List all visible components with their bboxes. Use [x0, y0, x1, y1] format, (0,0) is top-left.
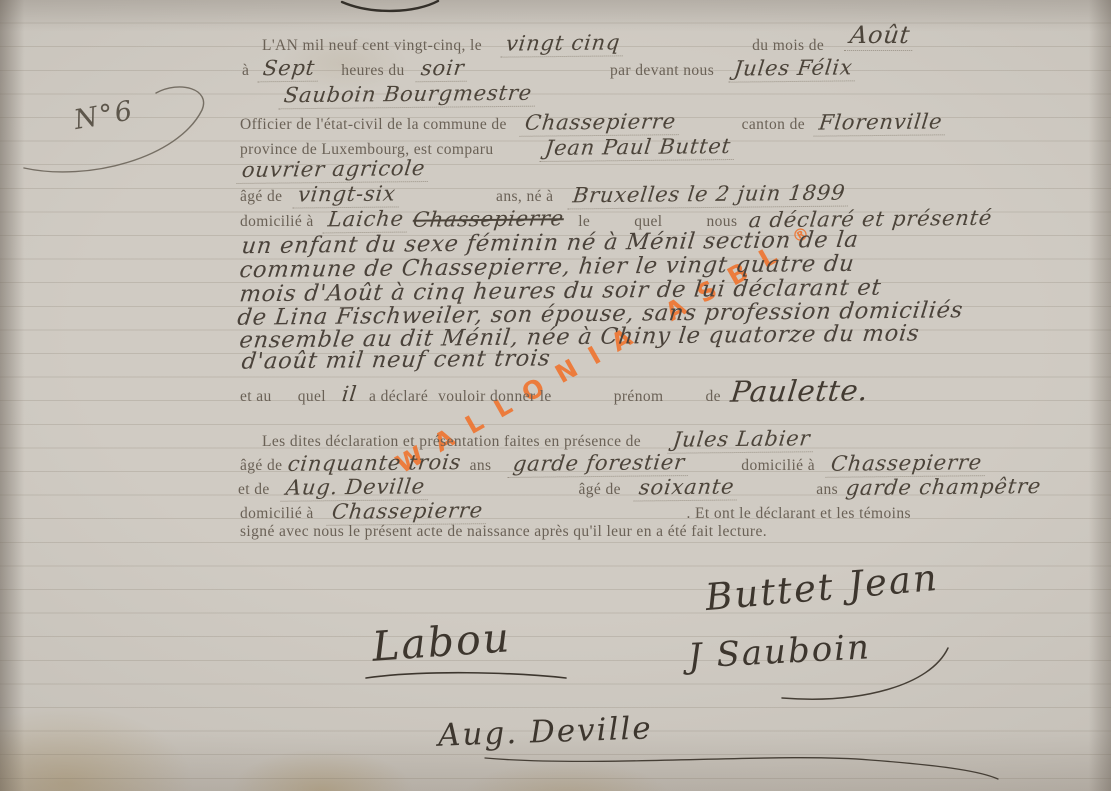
printed-text: prénom	[614, 388, 664, 406]
printed-text: Les dites déclaration et présentation fa…	[262, 433, 641, 451]
printed-text: ans	[470, 457, 492, 475]
form-line: signé avec nous le présent acte de naiss…	[240, 523, 767, 541]
printed-text: vouloir donner le	[438, 388, 552, 406]
form-line: L'AN mil neuf cent vingt-cinq, le vingt …	[262, 28, 914, 58]
printed-text: ans	[816, 481, 838, 499]
printed-text: . Et ont le déclarant et les témoins	[687, 505, 911, 523]
margin-flourish	[18, 78, 213, 176]
printed-text: de	[705, 388, 720, 406]
handwritten-time-of-day: soir	[415, 56, 469, 83]
signature-witness1: Labou	[370, 613, 512, 671]
signature-witness1-underline	[362, 668, 572, 684]
handwritten-witness1-domicile: Chassepierre	[825, 450, 987, 478]
handwritten-witness1-profession: garde forestier	[508, 450, 691, 478]
handwritten-text: il	[341, 382, 359, 406]
handwritten-witness1-age: cinquante trois	[287, 450, 463, 476]
printed-text: domicilié à	[240, 505, 314, 523]
form-line: domicilié à Chassepierre . Et ont le déc…	[240, 499, 911, 525]
handwritten-witness2-age: soixante	[633, 474, 739, 501]
handwritten-canton: Florenville	[813, 109, 947, 136]
form-line: d'août mil neuf cent trois	[242, 347, 550, 373]
signature-witness2-flourish	[450, 748, 1010, 782]
printed-text: quel	[298, 388, 326, 406]
printed-text: Officier de l'état-civil de la commune d…	[240, 116, 507, 134]
handwritten-birthplace-birthdate: Bruxelles le 2 juin 1899	[568, 181, 851, 210]
form-line: Les dites déclaration et présentation fa…	[262, 427, 814, 453]
form-line: âgé de vingt-six ans, né à Bruxelles le …	[240, 182, 849, 208]
handwritten-struck-word: Chassepierre	[412, 206, 566, 232]
form-line: Officier de l'état-civil de la commune d…	[240, 110, 946, 136]
handwritten-day: vingt cinq	[500, 30, 625, 57]
printed-text: à	[242, 62, 249, 80]
handwritten-declarant-age: vingt-six	[293, 181, 402, 208]
form-line: Sauboin Bourgmestre	[280, 82, 536, 108]
handwritten-officer-name-title: Sauboin Bourgmestre	[278, 81, 537, 110]
form-line: à Sept heures du soir par devant nous Ju…	[242, 56, 857, 82]
printed-text: L'AN mil neuf cent vingt-cinq, le	[262, 37, 482, 55]
handwritten-text: d'août mil neuf cent trois	[240, 345, 552, 374]
form-line: et de Aug. Deville âgé de soixante ans g…	[238, 475, 1041, 501]
printed-text: domicilié à	[741, 457, 815, 475]
handwritten-declarant-name: Jean Paul Buttet	[540, 134, 737, 162]
printed-text: le	[578, 213, 590, 231]
printed-text: et de	[238, 481, 270, 499]
handwritten-witness2-profession: garde champêtre	[845, 474, 1043, 500]
form-line: âgé de cinquante trois ans garde foresti…	[240, 451, 986, 477]
signature-declarant: Buttet Jean	[704, 556, 941, 619]
printed-text: domicilié à	[240, 213, 314, 231]
printed-text: par devant nous	[610, 62, 714, 80]
printed-text: signé avec nous le présent acte de naiss…	[240, 523, 767, 541]
handwritten-witness2-domicile: Chassepierre	[326, 498, 488, 526]
form-line: ouvrier agricole	[238, 157, 429, 183]
handwritten-officer-firstnames: Jules Félix	[729, 55, 859, 82]
printed-text: du mois de	[752, 37, 824, 55]
printed-text: canton de	[742, 116, 805, 134]
birth-certificate-scan: N°6 WALLONIAASBL® L'AN mil neuf cent vin…	[0, 0, 1111, 791]
handwritten-hour: Sept	[258, 56, 321, 83]
handwritten-commune: Chassepierre	[519, 109, 681, 137]
form-line: et au quel il a déclaré vouloir donner l…	[240, 374, 868, 408]
printed-text: ans, né à	[496, 188, 553, 206]
handwritten-witness2-name: Aug. Deville	[280, 474, 430, 502]
printed-text: heures du	[341, 62, 404, 80]
top-ink-stroke	[338, 0, 442, 15]
handwritten-declarant-profession: ouvrier agricole	[236, 156, 430, 184]
printed-text: âgé de	[579, 481, 621, 499]
handwritten-month: Août	[844, 21, 916, 51]
printed-text: a déclaré	[369, 388, 428, 406]
signature-officer-flourish	[778, 642, 958, 710]
printed-text: âgé de	[240, 188, 282, 206]
handwritten-child-firstname: Paulette.	[729, 373, 871, 408]
printed-text: âgé de	[240, 457, 282, 475]
printed-text: et au	[240, 388, 272, 406]
